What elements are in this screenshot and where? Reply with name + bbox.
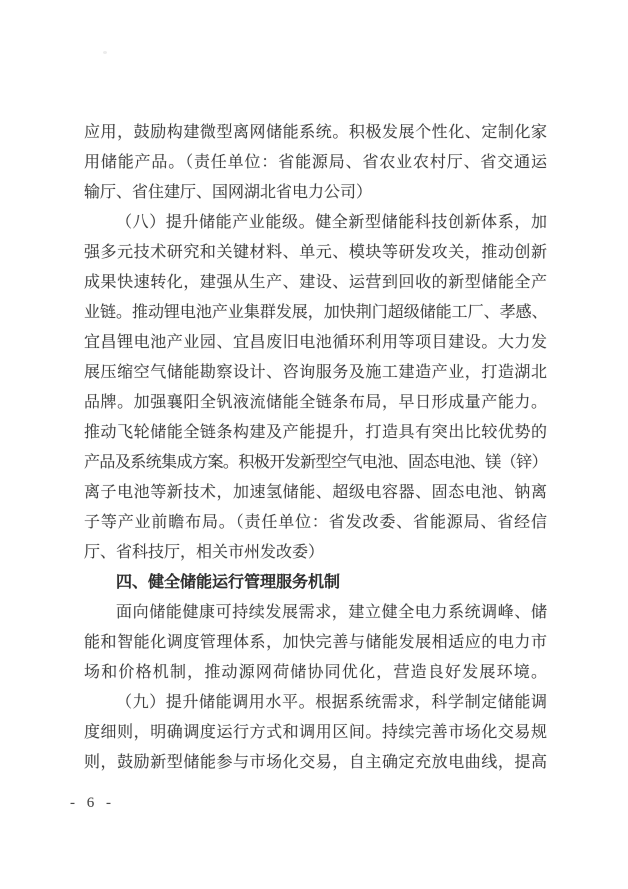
section-heading: 四、健全储能运行管理服务机制	[84, 568, 547, 598]
text-line: 厅、省科技厅，相关市州发改委）	[84, 538, 547, 568]
text-line: 业链。推动锂电池产业集群发展，加快荆门超级储能工厂、孝感、	[84, 298, 547, 328]
scan-speck	[103, 51, 107, 54]
text-line: 推动飞轮储能全链条构建及产能提升，打造具有突出比较优势的	[84, 418, 547, 448]
text-line: （八）提升储能产业能级。健全新型储能科技创新体系，加	[84, 208, 547, 238]
text-line: 强多元技术研究和关键材料、单元、模块等研发攻关，推动创新	[84, 238, 547, 268]
text-line: 品牌。加强襄阳全钒液流储能全链条布局，早日形成量产能力。	[84, 388, 547, 418]
text-line: 用储能产品。（责任单位：省能源局、省农业农村厅、省交通运	[84, 148, 547, 178]
text-line: 产品及系统集成方案。积极开发新型空气电池、固态电池、镁（锌）	[84, 448, 547, 478]
text-line: 子等产业前瞻布局。（责任单位：省发改委、省能源局、省经信	[84, 508, 547, 538]
text-line: 输厅、省住建厅、国网湖北省电力公司）	[84, 178, 547, 208]
text-line: 度细则，明确调度运行方式和调用区间。持续完善市场化交易规	[84, 718, 547, 748]
text-line: 展压缩空气储能勘察设计、咨询服务及施工建造产业，打造湖北	[84, 358, 547, 388]
text-block: 应用，鼓励构建微型离网储能系统。积极发展个性化、定制化家用储能产品。（责任单位：…	[84, 118, 547, 778]
text-line: 则，鼓励新型储能参与市场化交易，自主确定充放电曲线，提高	[84, 748, 547, 778]
text-line: 成果快速转化，建强从生产、建设、运营到回收的新型储能全产	[84, 268, 547, 298]
page-number: - 6 -	[70, 794, 115, 812]
text-line: 场和价格机制，推动源网荷储协同优化，营造良好发展环境。	[84, 658, 547, 688]
text-line: 应用，鼓励构建微型离网储能系统。积极发展个性化、定制化家	[84, 118, 547, 148]
text-line: （九）提升储能调用水平。根据系统需求，科学制定储能调	[84, 688, 547, 718]
document-page: 应用，鼓励构建微型离网储能系统。积极发展个性化、定制化家用储能产品。（责任单位：…	[0, 0, 628, 889]
text-line: 能和智能化调度管理体系，加快完善与储能发展相适应的电力市	[84, 628, 547, 658]
text-line: 离子电池等新技术，加速氢储能、超级电容器、固态电池、钠离	[84, 478, 547, 508]
text-line: 宜昌锂电池产业园、宜昌废旧电池循环利用等项目建设。大力发	[84, 328, 547, 358]
text-line: 面向储能健康可持续发展需求，建立健全电力系统调峰、储	[84, 598, 547, 628]
